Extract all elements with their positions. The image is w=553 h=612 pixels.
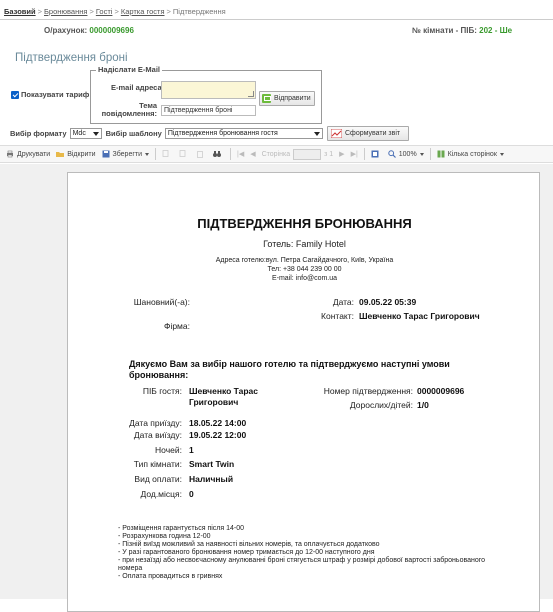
hotel-phone: Тел: +38 044 239 00 00 — [68, 265, 541, 274]
adults-children-label: Дорослих/дітей: — [288, 400, 413, 410]
account-value: 0000009696 — [89, 26, 134, 35]
binoculars-icon — [213, 150, 221, 158]
terms-item: - при незаїзді або несвоєчасному анулюва… — [118, 557, 498, 573]
extra-bed-label: Дод.місця: — [98, 489, 182, 499]
print-label: Друкувати — [17, 151, 50, 158]
guest-name-label: ПІБ гостя: — [98, 386, 182, 396]
guest-name-value-line2: Григорович — [189, 397, 238, 407]
account-info: О/рахунок: 0000009696 — [44, 26, 134, 35]
chevron-down-icon — [500, 153, 504, 156]
arrival-label: Дата приїзду: — [98, 418, 182, 428]
prev-page-button[interactable]: ◀ — [250, 150, 255, 158]
next-page-button[interactable]: ▶ — [339, 150, 344, 158]
breadcrumb-sep: > — [38, 7, 42, 16]
pages-icon — [437, 150, 445, 158]
folder-icon — [56, 150, 64, 158]
template-value: Підтвердження бронювання гостя — [168, 130, 278, 137]
hotel-email: E-mail: info@com.ua — [68, 274, 541, 283]
checkbox-checked-icon[interactable] — [11, 91, 19, 99]
divider — [230, 148, 231, 160]
format-select[interactable]: Mdc — [70, 128, 102, 139]
divider — [430, 148, 431, 160]
copy-icon — [162, 150, 170, 158]
chart-icon — [331, 129, 342, 138]
last-page-icon: ▶| — [351, 150, 358, 158]
next-page-icon: ▶ — [339, 150, 344, 158]
breadcrumb-booking[interactable]: Бронювання — [44, 7, 87, 16]
breadcrumb-base[interactable]: Базовий — [4, 7, 36, 16]
hotel-name: Готель: Family Hotel — [68, 239, 541, 249]
save-label: Зберегти — [113, 151, 143, 158]
first-page-button[interactable]: |◀ — [237, 150, 244, 158]
breadcrumb-sep: > — [114, 7, 118, 16]
page-navigation: Сторінка з 1 — [262, 149, 334, 160]
thanks-message: Дякуємо Вам за вибір нашого готелю та пі… — [129, 359, 459, 381]
generate-report-button[interactable]: Сформувати звіт — [327, 126, 409, 141]
divider — [364, 148, 365, 160]
generate-report-label: Сформувати звіт — [345, 130, 400, 137]
nights-value: 1 — [189, 445, 194, 455]
floppy-disk-icon — [102, 150, 110, 158]
save-button[interactable]: Зберегти — [102, 150, 150, 158]
breadcrumb-guests[interactable]: Гості — [96, 7, 113, 16]
paste-icon — [179, 150, 187, 158]
format-value: Mdc — [73, 130, 86, 137]
departure-value: 19.05.22 12:00 — [189, 430, 246, 440]
room-info: № кімнати - ПІБ: 202 - Ше — [412, 26, 512, 35]
terms-item: - Пізній виїзд можливий за наявності віл… — [118, 541, 498, 549]
template-label: Вибір шаблону — [106, 129, 162, 138]
paste-button[interactable] — [179, 150, 190, 158]
nights-label: Ночей: — [98, 445, 182, 455]
divider — [155, 148, 156, 160]
terms-item: - Оплата провадиться в гривнях — [118, 573, 498, 581]
printer-icon — [6, 150, 14, 158]
hotel-contacts: Адреса готелю:вул. Петра Сагайдачного, К… — [68, 256, 541, 283]
room-type-label: Тип кімнати: — [98, 459, 182, 469]
extra-bed-value: 0 — [189, 489, 194, 499]
multiple-pages-label: Кілька сторінок — [448, 151, 497, 158]
chevron-down-icon — [314, 132, 320, 136]
page-title: Підтвердження броні — [15, 52, 128, 64]
hotel-address: Адреса готелю:вул. Петра Сагайдачного, К… — [68, 256, 541, 265]
payment-label: Вид оплати: — [98, 474, 182, 484]
terms-item: - Розміщення гарантується після 14-00 — [118, 525, 498, 533]
date-value: 09.05.22 05:39 — [359, 297, 416, 307]
dear-label: Шановний(-а): — [118, 297, 190, 307]
arrival-value: 18.05.22 14:00 — [189, 418, 246, 428]
breadcrumb: Базовий>Бронювання>Гості>Картка гостя>Пі… — [4, 7, 226, 16]
open-label: Відкрити — [67, 151, 95, 158]
company-label: Фірма: — [118, 321, 190, 331]
breadcrumb-sep: > — [167, 7, 171, 16]
send-button-label: Відправити — [274, 95, 311, 102]
date-label: Дата: — [288, 297, 354, 307]
breadcrumb-current: Підтвердження — [173, 7, 226, 16]
page-label: Сторінка — [262, 151, 291, 158]
delete-button[interactable] — [196, 150, 207, 158]
terms-item: - Розрахункова година 12-00 — [118, 533, 498, 541]
terms-item: - У разі гарантованого бронювання номер … — [118, 549, 498, 557]
room-type-value: Smart Twin — [189, 459, 234, 469]
magnifier-icon — [388, 150, 396, 158]
zoom-select[interactable]: 100% — [388, 150, 424, 158]
show-tariff-checkbox[interactable]: Показувати тариф — [11, 90, 89, 99]
page-number-input[interactable] — [293, 149, 321, 160]
chevron-down-icon — [420, 153, 424, 156]
confirmation-value: 0000009696 — [417, 386, 464, 396]
departure-label: Дата виїзду: — [98, 430, 182, 440]
room-value: 202 - Ше — [479, 26, 512, 35]
prev-page-icon: ◀ — [250, 150, 255, 158]
envelope-icon — [262, 94, 271, 103]
format-row: Вибір формату Mdc Вибір шаблону Підтверд… — [10, 128, 323, 139]
first-page-icon: |◀ — [237, 150, 244, 158]
format-label: Вибір формату — [10, 129, 67, 138]
breadcrumb-guest-card[interactable]: Картка гостя — [121, 7, 165, 16]
email-fieldset: Надіслати E-Mail E-mail адреса: Тема пов… — [90, 70, 322, 124]
subject-label: Тема повідомлення: — [93, 102, 157, 118]
find-button[interactable] — [213, 150, 224, 158]
subject-input[interactable]: Підтвердження броні — [161, 105, 256, 116]
report-page: ПІДТВЕРДЖЕННЯ БРОНЮВАННЯ Готель: Family … — [67, 172, 540, 599]
breadcrumb-sep: > — [89, 7, 93, 16]
vertical-scrollbar[interactable] — [543, 164, 553, 599]
divider — [0, 19, 553, 20]
email-label: E-mail адреса: — [111, 83, 164, 92]
print-button[interactable]: Друкувати — [6, 150, 50, 158]
zoom-value: 100% — [399, 151, 417, 158]
multiple-pages-button[interactable]: Кілька сторінок — [437, 150, 504, 158]
document-title: ПІДТВЕРДЖЕННЯ БРОНЮВАННЯ — [68, 216, 541, 231]
send-button[interactable]: Відправити — [259, 91, 315, 106]
open-button[interactable]: Відкрити — [56, 150, 95, 158]
copy-button[interactable] — [162, 150, 173, 158]
page-view-icon — [371, 150, 379, 158]
chevron-down-icon — [145, 153, 149, 156]
template-select[interactable]: Підтвердження бронювання гостя — [165, 128, 323, 139]
report-viewer: ПІДТВЕРДЖЕННЯ БРОНЮВАННЯ Готель: Family … — [0, 164, 553, 599]
terms-list: - Розміщення гарантується після 14-00 - … — [118, 525, 498, 581]
show-tariff-label: Показувати тариф — [21, 90, 89, 99]
payment-value: Наличный — [189, 474, 233, 484]
confirmation-label: Номер підтвердження: — [288, 386, 413, 396]
guest-name-value-line1: Шевченко Тарас — [189, 386, 258, 396]
chevron-down-icon — [93, 132, 99, 136]
page-count: з 1 — [324, 151, 333, 158]
adults-children-value: 1/0 — [417, 400, 429, 410]
report-toolbar: Друкувати Відкрити Зберегти |◀ ◀ Сторінк… — [0, 145, 553, 163]
trash-icon — [196, 150, 204, 158]
email-fieldset-legend: Надіслати E-Mail — [96, 65, 162, 74]
fit-page-button[interactable] — [371, 150, 382, 158]
contact-label: Контакт: — [268, 311, 354, 321]
contact-value: Шевченко Тарас Григорович — [359, 311, 480, 321]
room-label: № кімнати - ПІБ: — [412, 26, 477, 35]
last-page-button[interactable]: ▶| — [351, 150, 358, 158]
account-label: О/рахунок: — [44, 26, 87, 35]
email-input[interactable] — [161, 81, 256, 99]
